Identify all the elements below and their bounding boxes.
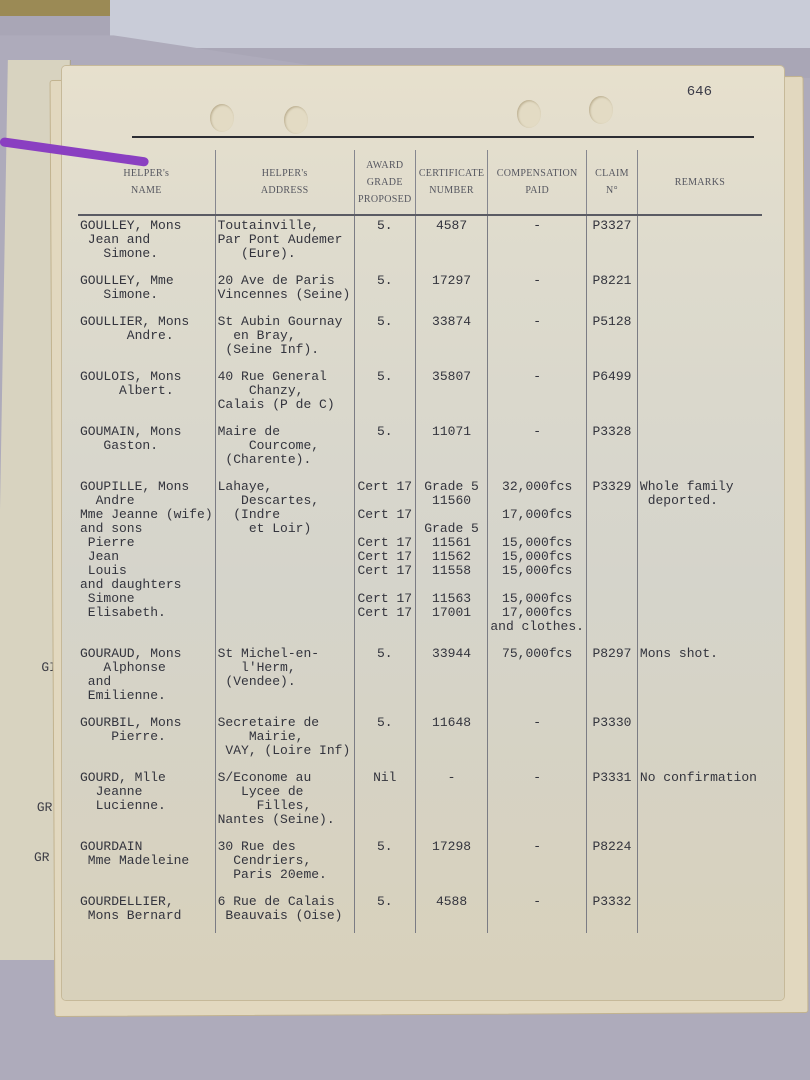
table-row: GOURBIL, Mons Pierre. Secretaire de Mair… — [78, 713, 762, 768]
award-grade: 5. — [354, 713, 415, 768]
helper-name: GOURDELLIER, Mons Bernard — [78, 892, 215, 933]
certificate-number: 33874 — [415, 312, 487, 367]
helper-address: 20 Ave de Paris Vincennes (Seine) — [215, 271, 354, 312]
compensation-paid: - — [488, 422, 587, 477]
certificate-number: 17297 — [415, 271, 487, 312]
helper-address: 6 Rue de Calais Beauvais (Oise) — [215, 892, 354, 933]
award-grade: 5. — [354, 312, 415, 367]
header-helper-address: HELPER's ADDRESS — [215, 150, 354, 215]
claim-number: P3328 — [587, 422, 638, 477]
award-grade: 5. — [354, 271, 415, 312]
page-number: 646 — [687, 84, 712, 100]
header-remarks: REMARKS — [637, 150, 762, 215]
remarks: Mons shot. — [637, 644, 762, 713]
table-row: GOULLEY, Mons Jean and Simone. Toutainvi… — [78, 215, 762, 271]
remarks: Whole family deported. — [637, 477, 762, 644]
punch-hole — [284, 106, 308, 134]
helper-name: GOULLEY, Mons Jean and Simone. — [78, 215, 215, 271]
helper-address: 30 Rue des Cendriers, Paris 20eme. — [215, 837, 354, 892]
award-grade: 5. — [354, 422, 415, 477]
claim-number: P3331 — [587, 768, 638, 837]
remarks — [637, 713, 762, 768]
helper-address: Lahaye, Descartes, (Indre et Loir) — [215, 477, 354, 644]
compensation-paid: 32,000fcs 17,000fcs 15,000fcs 15,000fcs … — [488, 477, 587, 644]
remarks — [637, 367, 762, 422]
claim-number: P3329 — [587, 477, 638, 644]
helper-name: GOURAUD, Mons Alphonse and Emilienne. — [78, 644, 215, 713]
claim-number: P8224 — [587, 837, 638, 892]
helper-name: GOULLEY, Mme Simone. — [78, 271, 215, 312]
helper-address: Toutainville, Par Pont Audemer (Eure). — [215, 215, 354, 271]
helper-name: GOURBIL, Mons Pierre. — [78, 713, 215, 768]
header-award-grade: AWARD GRADE PROPOSED — [354, 150, 415, 215]
helper-address: S/Econome au Lycee de Filles, Nantes (Se… — [215, 768, 354, 837]
compensation-paid: - — [488, 892, 587, 933]
table-row: GOURAUD, Mons Alphonse and Emilienne. St… — [78, 644, 762, 713]
page-fragment: GR — [34, 850, 50, 865]
remarks — [637, 215, 762, 271]
certificate-number: 4588 — [415, 892, 487, 933]
helper-name: GOULLIER, Mons Andre. — [78, 312, 215, 367]
certificate-number: Grade 5 11560 Grade 5 11561 11562 11558 … — [415, 477, 487, 644]
table-row: GOUPILLE, Mons Andre Mme Jeanne (wife) a… — [78, 477, 762, 644]
helpers-ledger-table: HELPER's NAME HELPER's ADDRESS AWARD GRA… — [78, 150, 762, 933]
claim-number: P6499 — [587, 367, 638, 422]
table-row: GOURDELLIER, Mons Bernard 6 Rue de Calai… — [78, 892, 762, 933]
certificate-number: 17298 — [415, 837, 487, 892]
header-helper-name: HELPER's NAME — [78, 150, 215, 215]
helper-name: GOULOIS, Mons Albert. — [78, 367, 215, 422]
award-grade: Nil — [354, 768, 415, 837]
claim-number: P8221 — [587, 271, 638, 312]
helper-name: GOURDAIN Mme Madeleine — [78, 837, 215, 892]
compensation-paid: - — [488, 713, 587, 768]
compensation-paid: 75,000fcs — [488, 644, 587, 713]
table-row: GOULLEY, Mme Simone. 20 Ave de Paris Vin… — [78, 271, 762, 312]
compensation-paid: - — [488, 271, 587, 312]
remarks — [637, 271, 762, 312]
remarks — [637, 892, 762, 933]
compensation-paid: - — [488, 367, 587, 422]
award-grade: 5. — [354, 367, 415, 422]
header-certificate-number: CERTIFICATE NUMBER — [415, 150, 487, 215]
certificate-number: 33944 — [415, 644, 487, 713]
helper-address: 40 Rue General Chanzy, Calais (P de C) — [215, 367, 354, 422]
helper-name: GOURD, Mlle Jeanne Lucienne. — [78, 768, 215, 837]
helper-name: GOUMAIN, Mons Gaston. — [78, 422, 215, 477]
claim-number: P5128 — [587, 312, 638, 367]
wooden-background — [0, 0, 110, 16]
punch-hole — [210, 104, 234, 132]
compensation-paid: - — [488, 768, 587, 837]
claim-number: P3332 — [587, 892, 638, 933]
certificate-number: - — [415, 768, 487, 837]
page-fragment: GR — [37, 800, 53, 815]
certificate-number: 11648 — [415, 713, 487, 768]
table-row: GOULLIER, Mons Andre. St Aubin Gournay e… — [78, 312, 762, 367]
header-compensation-paid: COMPENSATION PAID — [488, 150, 587, 215]
remarks — [637, 312, 762, 367]
header-rule — [132, 136, 754, 138]
award-grade: 5. — [354, 892, 415, 933]
table-header-row: HELPER's NAME HELPER's ADDRESS AWARD GRA… — [78, 150, 762, 215]
compensation-paid: - — [488, 837, 587, 892]
claim-number: P8297 — [587, 644, 638, 713]
claim-number: P3327 — [587, 215, 638, 271]
header-claim-number: CLAIM N° — [587, 150, 638, 215]
table-row: GOULOIS, Mons Albert. 40 Rue General Cha… — [78, 367, 762, 422]
award-grade: Cert 17 Cert 17 Cert 17 Cert 17 Cert 17 … — [354, 477, 415, 644]
helper-address: St Aubin Gournay en Bray, (Seine Inf). — [215, 312, 354, 367]
helper-address: Maire de Courcome, (Charente). — [215, 422, 354, 477]
certificate-number: 4587 — [415, 215, 487, 271]
table-row: GOURDAIN Mme Madeleine 30 Rue des Cendri… — [78, 837, 762, 892]
table-row: GOUMAIN, Mons Gaston. Maire de Courcome,… — [78, 422, 762, 477]
helper-name: GOUPILLE, Mons Andre Mme Jeanne (wife) a… — [78, 477, 215, 644]
claim-number: P3330 — [587, 713, 638, 768]
table-row: GOURD, Mlle Jeanne Lucienne. S/Econome a… — [78, 768, 762, 837]
helper-address: Secretaire de Mairie, VAY, (Loire Inf) — [215, 713, 354, 768]
background-wall — [110, 0, 810, 48]
punch-hole — [589, 96, 613, 124]
award-grade: 5. — [354, 644, 415, 713]
compensation-paid: - — [488, 312, 587, 367]
compensation-paid: - — [488, 215, 587, 271]
punch-hole — [517, 100, 541, 128]
helper-address: St Michel-en- l'Herm, (Vendee). — [215, 644, 354, 713]
remarks — [637, 837, 762, 892]
remarks — [637, 422, 762, 477]
certificate-number: 11071 — [415, 422, 487, 477]
award-grade: 5. — [354, 837, 415, 892]
award-grade: 5. — [354, 215, 415, 271]
certificate-number: 35807 — [415, 367, 487, 422]
remarks: No confirmation — [637, 768, 762, 837]
